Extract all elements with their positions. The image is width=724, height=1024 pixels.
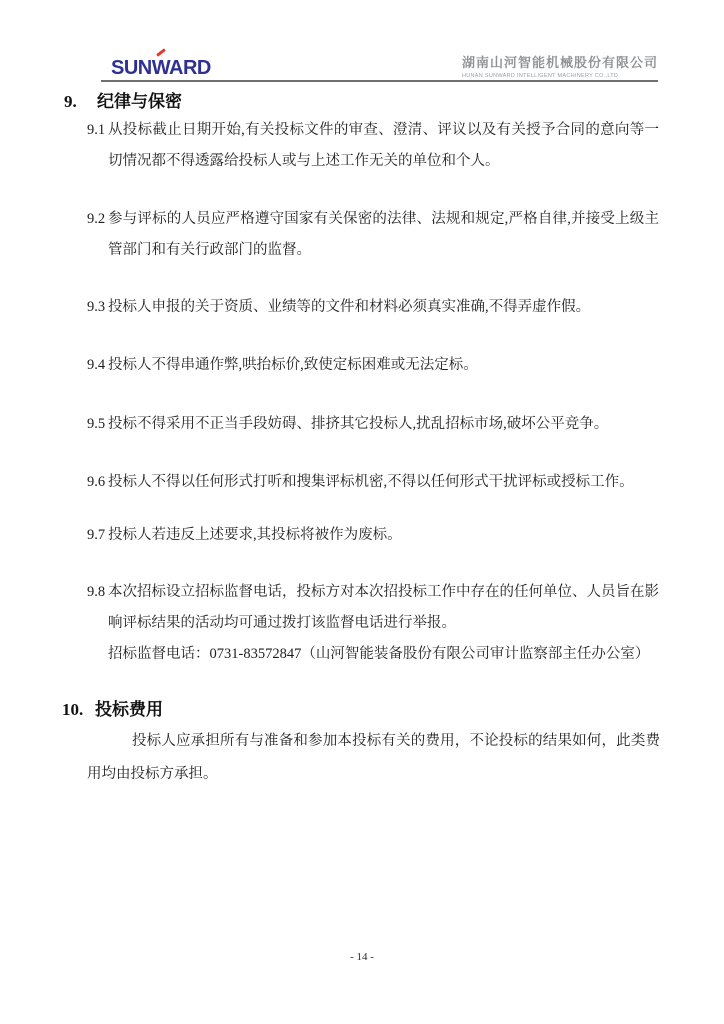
clause-text: 投标人不得串通作弊,哄抬标价,致使定标困难或无法定标。 [108, 350, 659, 381]
section-10-paragraph: 投标人应承担所有与准备和参加本投标有关的费用，不论投标的结果如何，此类费用均由投… [87, 725, 660, 791]
clause-text: 投标人申报的关于资质、业绩等的文件和材料必须真实准确,不得弄虚作假。 [108, 292, 659, 323]
clause-item-9-7: 9.7 投标人若违反上述要求,其投标将被作为废标。 [87, 520, 659, 551]
clause-text: 投标不得采用不正当手段妨碍、排挤其它投标人,扰乱招标市场,破坏公平竞争。 [108, 409, 659, 440]
company-name-en: HUNAN SUNWARD INTELLIGENT MACHINERY CO.,… [462, 73, 658, 79]
section-9-title: 纪律与保密 [97, 90, 182, 114]
section-10-number: 10. [62, 698, 95, 722]
clause-number: 9.5 [87, 409, 108, 440]
supervision-phone-note: 招标监督电话：0731-83572847（山河智能装备股份有限公司审计监察部主任… [108, 639, 659, 670]
clause-item-9-5: 9.5 投标不得采用不正当手段妨碍、排挤其它投标人,扰乱招标市场,破坏公平竞争。 [87, 409, 659, 440]
document-page: SUNWARD 湖南山河智能机械股份有限公司 HUNAN SUNWARD INT… [0, 0, 724, 1024]
clause-number: 9.2 [87, 204, 108, 266]
company-name-block: 湖南山河智能机械股份有限公司 HUNAN SUNWARD INTELLIGENT… [462, 52, 658, 79]
section-10-title: 投标费用 [95, 698, 163, 722]
clause-number: 9.6 [87, 467, 108, 498]
section-10-heading: 10. 投标费用 [62, 698, 163, 722]
clause-number: 9.8 [87, 577, 108, 670]
clause-text: 从投标截止日期开始,有关投标文件的审查、澄清、评议以及有关授予合同的意向等一切情… [108, 115, 659, 177]
clause-item-9-8: 9.8 本次招标设立招标监督电话，投标方对本次招投标工作中存在的任何单位、人员旨… [87, 577, 659, 670]
clause-number: 9.3 [87, 292, 108, 323]
clause-item-9-4: 9.4 投标人不得串通作弊,哄抬标价,致使定标困难或无法定标。 [87, 350, 659, 381]
logo-red-accent-icon [156, 48, 166, 57]
clause-item-9-2: 9.2 参与评标的人员应严格遵守国家有关保密的法律、法规和规定,严格自律,并接受… [87, 204, 659, 266]
header-divider [101, 80, 658, 82]
clause-text: 投标人若违反上述要求,其投标将被作为废标。 [108, 520, 659, 551]
company-name-cn: 湖南山河智能机械股份有限公司 [462, 52, 658, 71]
section-9-heading: 9. 纪律与保密 [64, 90, 182, 114]
clause-text: 本次招标设立招标监督电话，投标方对本次招投标工作中存在的任何单位、人员旨在影响评… [108, 577, 659, 670]
clause-number: 9.7 [87, 520, 108, 551]
clause-item-9-3: 9.3 投标人申报的关于资质、业绩等的文件和材料必须真实准确,不得弄虚作假。 [87, 292, 659, 323]
clause-item-9-6: 9.6 投标人不得以任何形式打听和搜集评标机密,不得以任何形式干扰评标或授标工作… [87, 467, 659, 498]
clause-item-9-1: 9.1 从投标截止日期开始,有关投标文件的审查、澄清、评议以及有关授予合同的意向… [87, 115, 659, 177]
logo-text: SUNWARD [111, 57, 211, 79]
clause-text: 参与评标的人员应严格遵守国家有关保密的法律、法规和规定,严格自律,并接受上级主管… [108, 204, 659, 266]
clause-number: 9.1 [87, 115, 108, 177]
sunward-logo: SUNWARD [111, 57, 211, 80]
page-number: - 14 - [0, 950, 724, 964]
section-9-number: 9. [64, 90, 97, 114]
clause-text-main: 本次招标设立招标监督电话，投标方对本次招投标工作中存在的任何单位、人员旨在影响评… [108, 584, 659, 631]
clause-text: 投标人不得以任何形式打听和搜集评标机密,不得以任何形式干扰评标或授标工作。 [108, 467, 659, 498]
clause-number: 9.4 [87, 350, 108, 381]
